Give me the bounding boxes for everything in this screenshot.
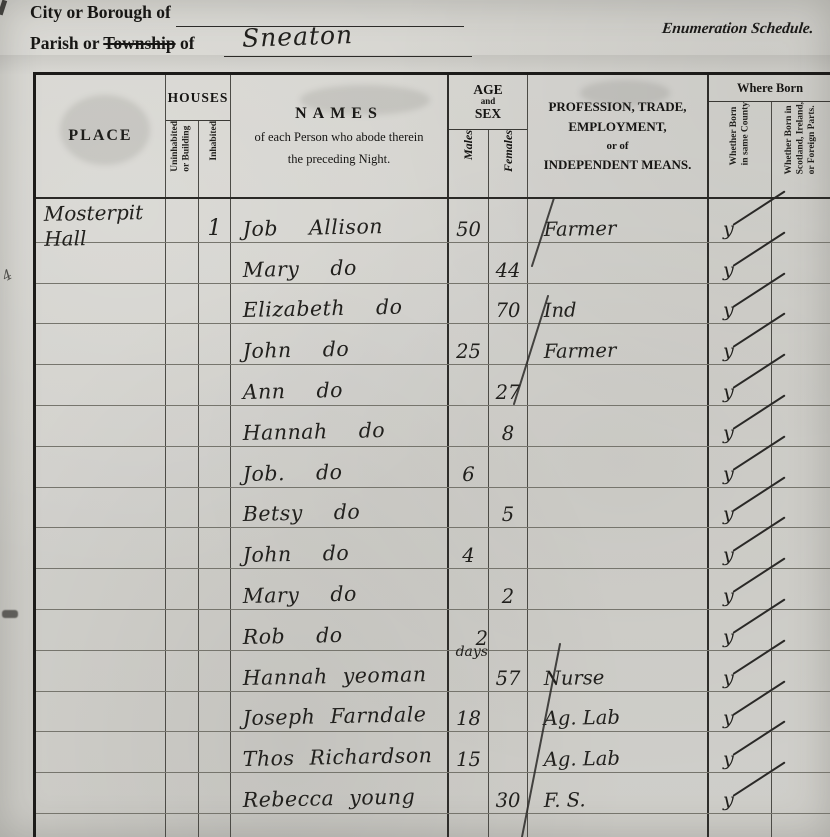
place-cell — [36, 732, 166, 772]
inhabited-cell — [199, 284, 231, 324]
yes-mark: y — [723, 422, 734, 444]
place-entry-line2: Hall — [44, 225, 144, 252]
person-name: Job. do — [242, 459, 342, 485]
female-age-cell — [489, 610, 528, 650]
yes-mark: y — [723, 463, 734, 485]
female-age-cell: 2 — [489, 569, 528, 609]
parish-name-handwritten: Sneaton — [242, 20, 354, 53]
profession: Nurse — [544, 666, 605, 690]
male-age: 25 — [456, 340, 481, 363]
table-row: Job. do 6 y — [36, 447, 830, 488]
uninhabited-cell — [166, 243, 199, 283]
person-name: Ann do — [242, 378, 343, 404]
profession-cell — [528, 447, 709, 487]
header-houses: HOUSES — [166, 75, 230, 121]
name-cell — [231, 814, 449, 837]
born-same-county-cell: y — [709, 324, 772, 364]
person-name: Rob do — [242, 623, 342, 649]
inhabited-cell — [199, 651, 231, 691]
name-cell: Mary do — [231, 569, 449, 609]
yes-mark: y — [723, 748, 734, 770]
table-row: John do 4 y — [36, 528, 830, 569]
born-same-county-cell: y — [709, 692, 772, 732]
person-name: John do — [242, 337, 349, 363]
table-row: John do 25 Farmer y — [36, 324, 830, 365]
born-elsewhere-cell — [772, 488, 830, 528]
born-same-county-cell: y — [709, 447, 772, 487]
born-same-county-cell: y — [709, 732, 772, 772]
header-names-sub1: of each Person who abode therein — [254, 130, 423, 145]
inhabited-cell — [199, 692, 231, 732]
header-profession-line1: PROFESSION, TRADE, — [548, 97, 686, 117]
header-age-sex: AGE and SEX — [449, 75, 527, 130]
born-same-county-cell: y — [709, 651, 772, 691]
table-row: Elizabeth do 70 Ind y — [36, 284, 830, 325]
place-cell — [36, 692, 166, 732]
male-age-cell: 6 — [449, 447, 489, 487]
inhabited-cell — [199, 406, 231, 446]
male-age: 18 — [456, 707, 481, 730]
name-cell: Mary do — [231, 243, 449, 283]
table-row: Rebecca young 30 F. S. y — [36, 773, 830, 814]
profession: Ag. Lab — [544, 747, 620, 771]
name-cell: Elizabeth do — [231, 284, 449, 324]
male-age-cell — [449, 488, 489, 528]
header-where-born: Where Born — [709, 75, 830, 102]
place-cell — [36, 324, 166, 364]
place-cell — [36, 610, 166, 650]
parish-label-suffix: of — [180, 33, 195, 53]
inhabited-cell — [199, 773, 231, 813]
born-elsewhere-cell — [772, 692, 830, 732]
place-entry-line1: Mosterpit — [44, 200, 144, 227]
inhabited-cell — [199, 569, 231, 609]
born-same-county-cell: y — [709, 284, 772, 324]
male-age-cell: 25 — [449, 324, 489, 364]
place-cell — [36, 406, 166, 446]
profession-cell: Ag. Lab — [528, 692, 709, 732]
enumeration-table: PLACE HOUSES Uninhabited or Building Inh… — [33, 72, 830, 837]
uninhabited-cell — [166, 610, 199, 650]
born-same-county-cell: y — [709, 406, 772, 446]
profession-cell: Ag. Lab — [528, 732, 709, 772]
person-name: Rebecca young — [242, 784, 415, 812]
inhabited-cell — [199, 365, 231, 405]
born-elsewhere-cell — [772, 324, 830, 364]
female-age-cell: 70 — [489, 284, 528, 324]
yes-mark: y — [723, 381, 734, 403]
name-cell: John do — [231, 324, 449, 364]
margin-smudge — [2, 610, 18, 618]
name-cell: Thos Richardson — [231, 732, 449, 772]
header-profession-line2: EMPLOYMENT, — [568, 117, 666, 137]
inhabited-cell — [199, 732, 231, 772]
place-cell — [36, 528, 166, 568]
male-age: 6 — [462, 463, 474, 486]
yes-mark: y — [723, 340, 734, 362]
person-name: Mary do — [242, 582, 357, 608]
male-age-cell: 4 — [449, 528, 489, 568]
yes-mark: y — [723, 218, 734, 240]
profession-cell: Nurse — [528, 651, 709, 691]
male-age: 4 — [462, 544, 474, 567]
inhabited-cell — [199, 528, 231, 568]
born-same-county-cell: y — [709, 488, 772, 528]
table-row: Betsy do 5 y — [36, 488, 830, 529]
female-age: 5 — [502, 503, 514, 526]
header-sex: SEX — [475, 107, 501, 121]
uninhabited-cell — [166, 447, 199, 487]
male-age-cell — [449, 814, 489, 837]
born-elsewhere-cell — [772, 284, 830, 324]
born-same-county-cell: y — [709, 569, 772, 609]
female-age-cell — [489, 528, 528, 568]
male-age-unit: days — [456, 647, 488, 658]
uninhabited-cell — [166, 651, 199, 691]
yes-mark: y — [723, 707, 734, 729]
form-header: City or Borough of Parish or Township of… — [0, 0, 830, 72]
female-age-cell: 30 — [489, 773, 528, 813]
margin-mark: 4 — [0, 267, 15, 285]
profession-cell — [528, 569, 709, 609]
place-cell — [36, 814, 166, 837]
person-name: Thos Richardson — [242, 743, 432, 771]
male-age-cell — [449, 406, 489, 446]
born-same-county-cell: y — [709, 528, 772, 568]
male-age-cell: 2 days — [449, 610, 489, 659]
yes-mark: y — [723, 585, 734, 607]
inhabited-cell — [199, 243, 231, 283]
female-age: 44 — [496, 259, 521, 282]
female-age-cell — [489, 324, 528, 364]
header-profession-line3: or of — [606, 138, 628, 155]
female-age: 30 — [496, 789, 521, 812]
person-name: Mary do — [242, 255, 357, 281]
parish-label-struck-word: Township — [103, 33, 175, 53]
female-age: 70 — [496, 299, 521, 322]
profession: Ind — [544, 299, 577, 323]
profession-cell: Farmer — [528, 324, 709, 364]
profession-cell: F. S. — [528, 773, 709, 813]
person-name: Hannah yeoman — [242, 662, 426, 690]
profession-cell — [528, 814, 709, 837]
header-houses-group: HOUSES Uninhabited or Building Inhabited — [166, 75, 231, 197]
male-age-cell — [449, 773, 489, 813]
male-age-cell: 50 — [449, 199, 489, 242]
born-same-county-cell: y — [709, 773, 772, 813]
name-cell: Joseph Farndale — [231, 692, 449, 732]
person-name: Betsy do — [242, 500, 360, 526]
name-cell: Job Allison — [231, 199, 449, 242]
born-same-county-cell: y — [709, 365, 772, 405]
table-row-empty — [36, 814, 830, 837]
inhabited-cell: 1 — [199, 199, 231, 242]
inhabited-mark: 1 — [208, 216, 222, 241]
male-age-cell: 15 — [449, 732, 489, 772]
female-age: 8 — [502, 422, 514, 445]
born-same-county-cell: y — [709, 610, 772, 650]
parish-label-prefix: Parish or — [30, 33, 99, 53]
name-cell: Rebecca young — [231, 773, 449, 813]
parish-blank-rule — [224, 56, 472, 57]
yes-mark: y — [723, 544, 734, 566]
inhabited-cell — [199, 488, 231, 528]
header-profession-line4: INDEPENDENT MEANS. — [544, 155, 692, 175]
place-cell — [36, 488, 166, 528]
header-names-sub2: the preceding Night. — [288, 152, 390, 167]
yes-mark: y — [723, 259, 734, 281]
profession: Ag. Lab — [544, 706, 620, 730]
male-age-cell — [449, 365, 489, 405]
header-uninhabited: Uninhabited or Building — [166, 121, 199, 197]
born-elsewhere-cell — [772, 773, 830, 813]
table-row: Mary do 44 y — [36, 243, 830, 284]
header-age-sex-group: AGE and SEX Males Females — [449, 75, 528, 197]
uninhabited-cell — [166, 324, 199, 364]
born-elsewhere-cell — [772, 732, 830, 772]
female-age-cell — [489, 692, 528, 732]
place-cell — [36, 773, 166, 813]
uninhabited-cell — [166, 773, 199, 813]
census-document-scan: City or Borough of Parish or Township of… — [0, 0, 830, 837]
profession: Farmer — [544, 339, 617, 363]
place-entry: Mosterpit Hall — [44, 200, 144, 252]
uninhabited-cell — [166, 406, 199, 446]
female-age-cell — [489, 199, 528, 242]
uninhabited-cell — [166, 528, 199, 568]
profession-cell: Farmer — [528, 199, 709, 242]
male-age-cell — [449, 569, 489, 609]
header-where-born-group: Where Born Whether Born in same County W… — [709, 75, 830, 197]
place-cell — [36, 447, 166, 487]
female-age-cell — [489, 814, 528, 837]
inhabited-cell — [199, 814, 231, 837]
parish-label: Parish or Township of — [30, 33, 195, 54]
name-cell: Ann do — [231, 365, 449, 405]
header-profession: PROFESSION, TRADE, EMPLOYMENT, or of IND… — [528, 75, 709, 197]
header-names-title: NAMES — [295, 105, 383, 123]
profession-cell — [528, 365, 709, 405]
place-cell — [36, 365, 166, 405]
yes-mark: y — [723, 299, 734, 321]
profession-cell — [528, 488, 709, 528]
table-row: Hannah do 8 y — [36, 406, 830, 447]
profession-cell — [528, 610, 709, 650]
born-elsewhere-cell — [772, 528, 830, 568]
profession-cell — [528, 528, 709, 568]
uninhabited-cell — [166, 284, 199, 324]
female-age-cell: 5 — [489, 488, 528, 528]
inhabited-cell — [199, 610, 231, 650]
profession: Farmer — [544, 217, 617, 241]
inhabited-cell — [199, 447, 231, 487]
uninhabited-cell — [166, 692, 199, 732]
uninhabited-cell — [166, 199, 199, 242]
name-cell: Rob do — [231, 610, 449, 650]
female-age-cell — [489, 447, 528, 487]
name-cell: Hannah do — [231, 406, 449, 446]
person-name: Hannah do — [242, 418, 385, 445]
person-name: Joseph Farndale — [242, 703, 426, 731]
person-name: John do — [242, 541, 349, 567]
city-borough-label: City or Borough of — [30, 2, 171, 23]
born-same-county-cell — [709, 814, 772, 837]
yes-mark: y — [723, 667, 734, 689]
inhabited-cell — [199, 324, 231, 364]
male-age-cell: 18 — [449, 692, 489, 732]
place-cell — [36, 284, 166, 324]
header-females: Females — [489, 130, 528, 197]
table-row: Thos Richardson 15 Ag. Lab y — [36, 732, 830, 773]
header-age: AGE — [473, 83, 502, 97]
female-age-cell: 44 — [489, 243, 528, 283]
born-same-county-cell: y — [709, 243, 772, 283]
female-age-cell: 8 — [489, 406, 528, 446]
yes-mark: y — [723, 503, 734, 525]
enumeration-schedule-title: Enumeration Schedule. — [661, 20, 814, 38]
female-age-cell — [489, 732, 528, 772]
header-males: Males — [449, 130, 489, 197]
table-row: Hannah yeoman 57 Nurse y — [36, 651, 830, 692]
header-born-elsewhere: Whether Born in Scotland, Ireland, or Fo… — [772, 102, 830, 197]
male-age: 15 — [456, 748, 481, 771]
born-elsewhere-cell — [772, 814, 830, 837]
yes-mark: y — [723, 789, 734, 811]
female-age: 27 — [496, 381, 521, 404]
place-cell — [36, 651, 166, 691]
yes-mark: y — [723, 626, 734, 648]
female-age-cell: 27 — [489, 365, 528, 405]
profession-cell — [528, 406, 709, 446]
header-born-same-county: Whether Born in same County — [709, 102, 772, 197]
female-age: 2 — [502, 585, 514, 608]
header-place: PLACE — [36, 75, 166, 197]
person-name: Elizabeth do — [242, 295, 402, 322]
table-row: Mary do 2 y — [36, 569, 830, 610]
uninhabited-cell — [166, 488, 199, 528]
table-row: Joseph Farndale 18 Ag. Lab y — [36, 692, 830, 733]
uninhabited-cell — [166, 814, 199, 837]
profession: F. S. — [544, 788, 586, 812]
header-names: NAMES of each Person who abode therein t… — [231, 75, 449, 197]
female-age-cell: 57 — [489, 651, 528, 691]
born-same-county-cell: y — [709, 199, 772, 242]
female-age: 57 — [496, 667, 521, 690]
profession-cell — [528, 243, 709, 283]
table-body: Mosterpit Hall 1 Job Allison 50 Farmer y — [36, 199, 830, 837]
name-cell: Job. do — [231, 447, 449, 487]
header-inhabited: Inhabited — [199, 121, 231, 197]
table-row: Ann do 27 y — [36, 365, 830, 406]
uninhabited-cell — [166, 365, 199, 405]
name-cell: Hannah yeoman — [231, 651, 449, 691]
uninhabited-cell — [166, 569, 199, 609]
male-age: 50 — [456, 218, 481, 241]
table-row: Rob do 2 days y — [36, 610, 830, 651]
profession-cell: Ind — [528, 284, 709, 324]
name-cell: Betsy do — [231, 488, 449, 528]
uninhabited-cell — [166, 732, 199, 772]
male-age-cell — [449, 284, 489, 324]
table-header-row: PLACE HOUSES Uninhabited or Building Inh… — [36, 75, 830, 199]
name-cell: John do — [231, 528, 449, 568]
person-name: Job Allison — [242, 214, 383, 241]
place-cell — [36, 569, 166, 609]
male-age-cell — [449, 243, 489, 283]
table-row: 1 Job Allison 50 Farmer y — [36, 199, 830, 243]
